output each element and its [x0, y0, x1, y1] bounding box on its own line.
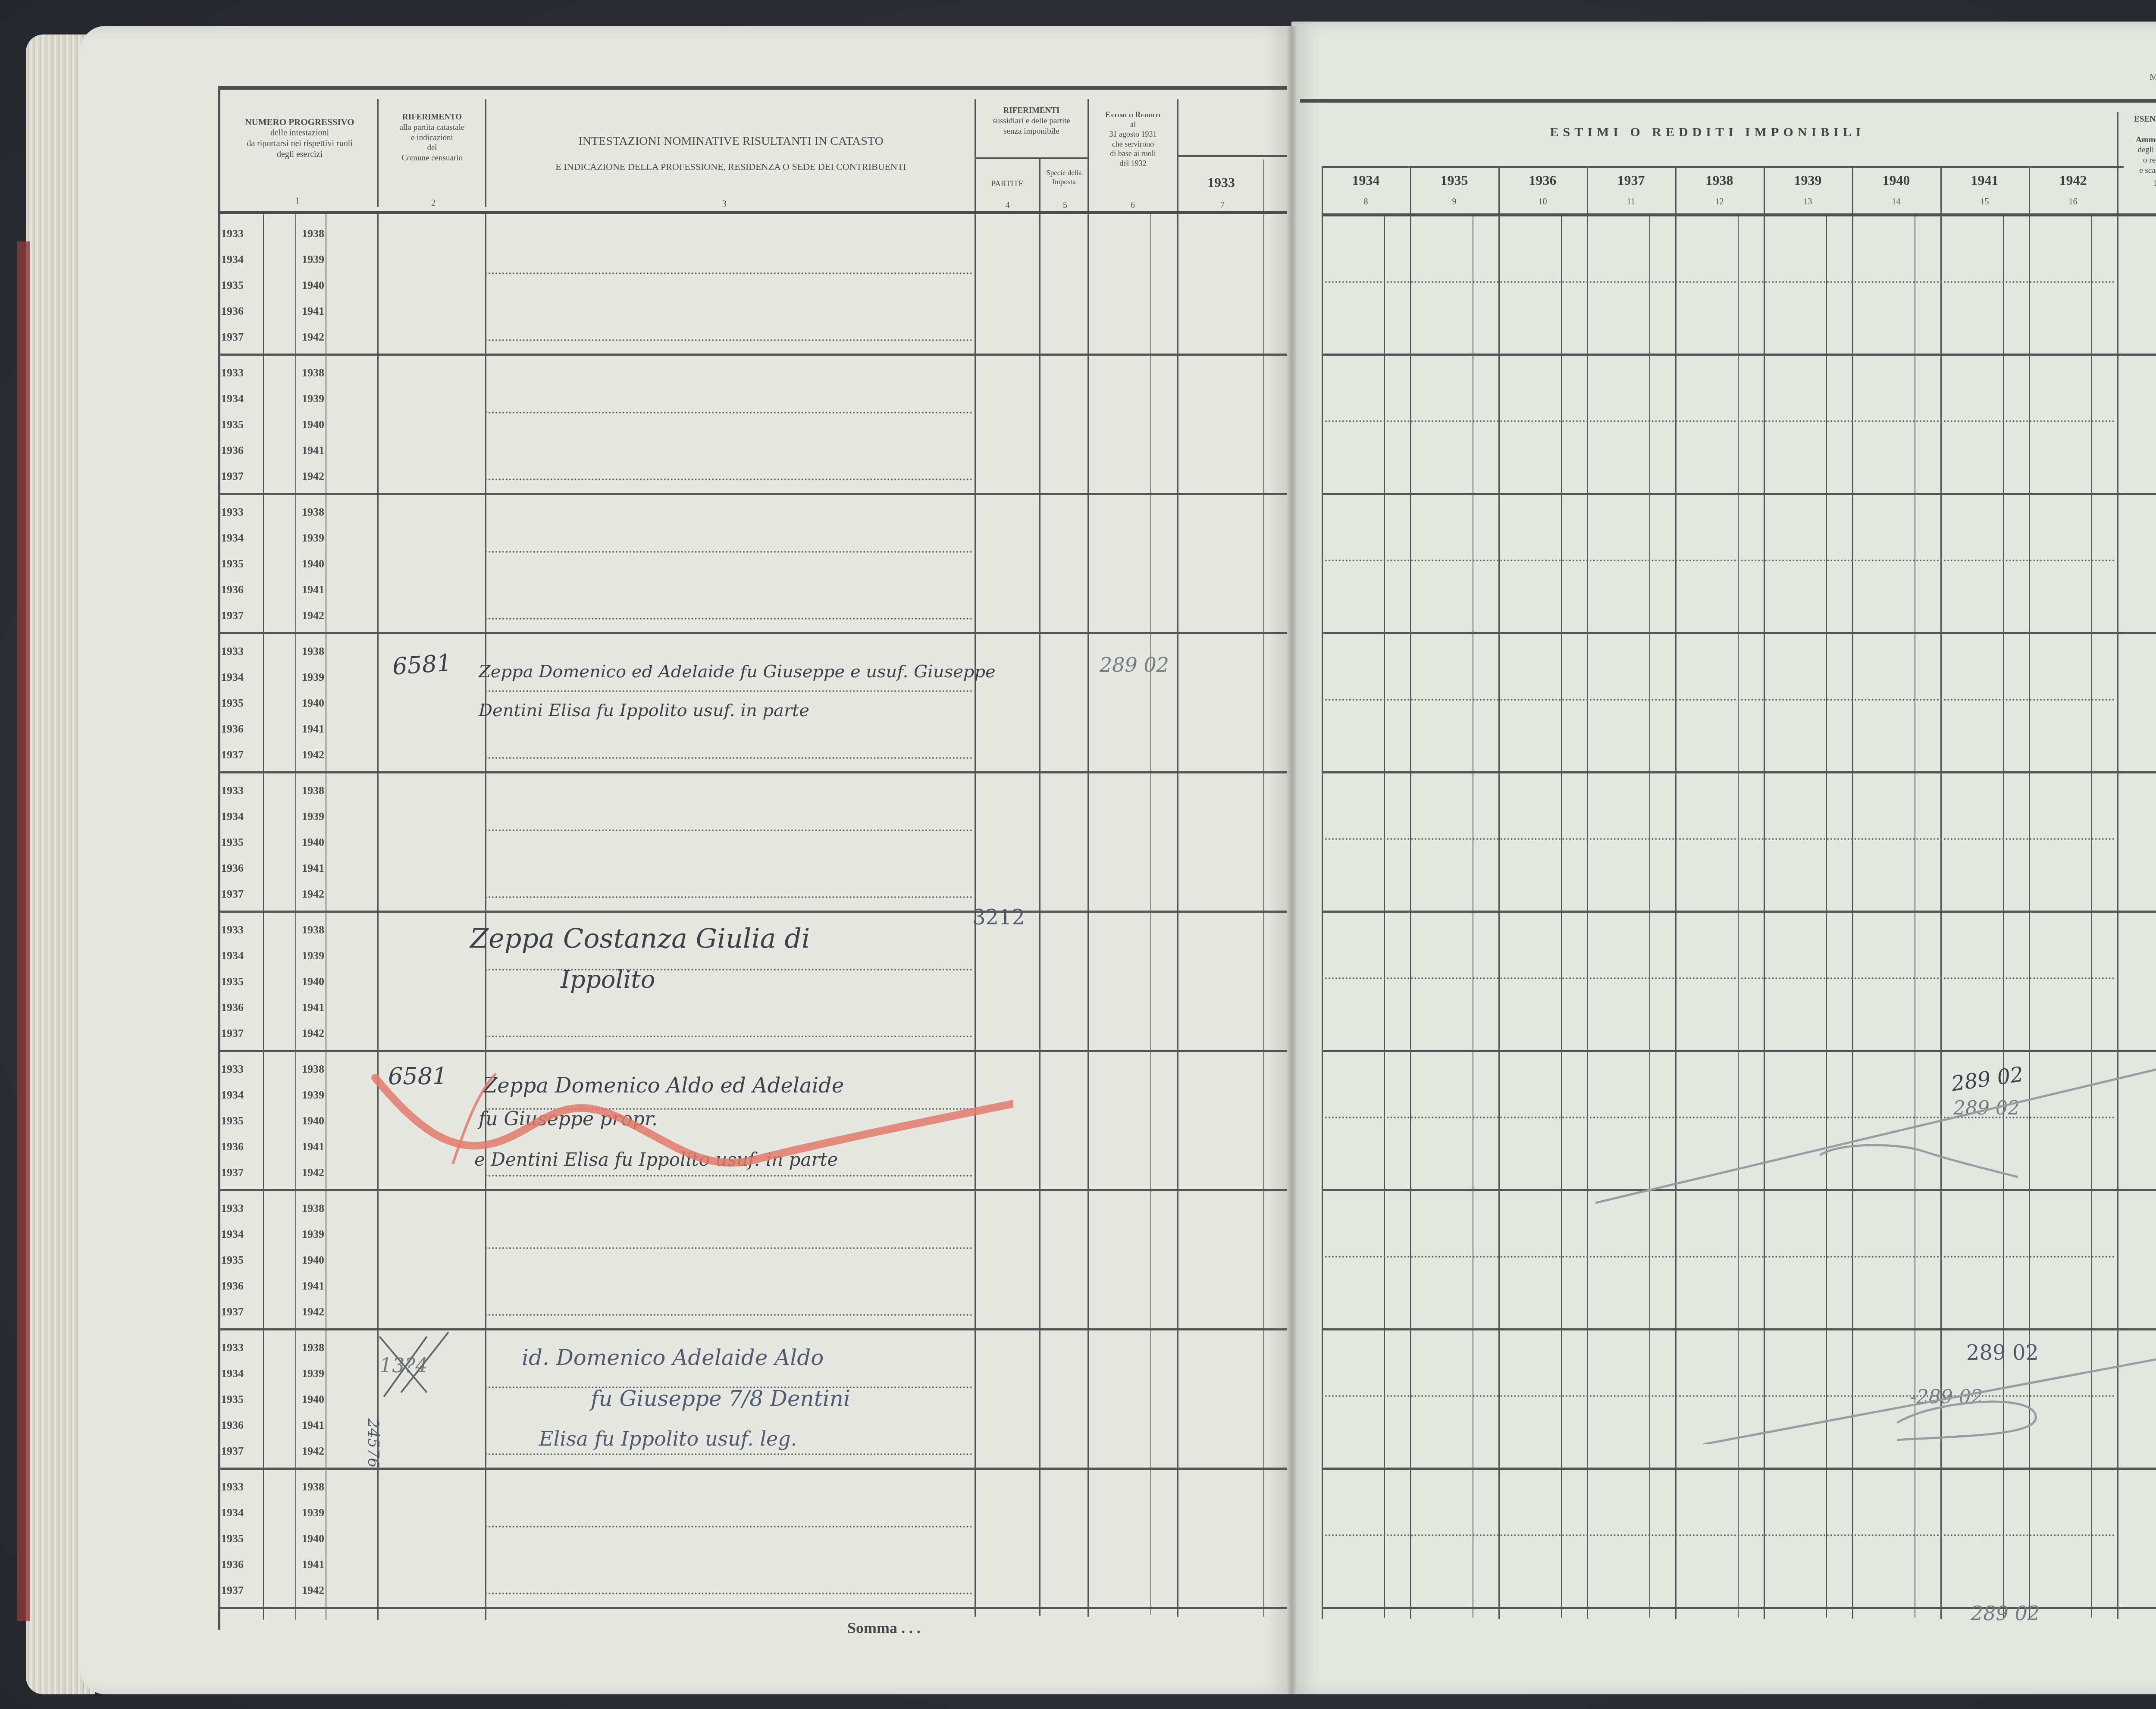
header-title: RIFERIMENTI: [975, 106, 1087, 116]
year-block: 1933 1938 1934 1939 1935 1940 1936 1941 …: [218, 1189, 377, 1328]
header-line: sussidiari e delle partite: [975, 116, 1087, 126]
column-number: 7: [1220, 200, 1225, 210]
year-label: 1940: [302, 557, 324, 570]
year-label: 1933: [221, 923, 244, 936]
year-column-header: 193913: [1764, 172, 1852, 207]
year-label: 1933: [221, 1063, 244, 1076]
year-label: 1939: [302, 532, 324, 545]
year-label: 1935: [221, 1393, 244, 1406]
year-label: 1941: [302, 862, 324, 875]
year-label: 1942: [302, 748, 324, 761]
header-line: 31 agosto 1931: [1089, 129, 1177, 139]
year-label: 1939: [302, 1228, 324, 1241]
year-label: 1935: [221, 697, 244, 710]
partita-ref-entry-4: 6581: [392, 649, 452, 680]
year-label: 1941: [302, 1140, 324, 1153]
year-label: 1939: [302, 1089, 324, 1102]
column-number: 9: [1410, 197, 1498, 207]
book-gutter: [1287, 26, 1297, 1694]
year-label: 1942: [302, 331, 324, 344]
form-id: Mod. 111 - Imposte Dirette (Intercalare)…: [2150, 71, 2156, 82]
year-label: 1938: [302, 1481, 324, 1493]
header-dash: —: [2118, 125, 2156, 135]
year-label: 1942: [302, 1166, 324, 1179]
header-line: delle intestazioni: [220, 128, 379, 138]
column-number: 15: [1940, 197, 2029, 207]
year-label: 1941: [302, 1001, 324, 1014]
year-label: 1938: [302, 923, 324, 936]
year-label: 1937: [221, 748, 244, 761]
year-label: 1937: [221, 470, 244, 483]
year-label: 1936: [221, 1140, 244, 1153]
year-label: 1938: [302, 366, 324, 379]
year-label: 1942: [302, 609, 324, 622]
year-label: 1933: [221, 506, 244, 519]
year-label: 1940: [302, 836, 324, 849]
estimo-1931-entry-4: 289 02: [1100, 653, 1169, 676]
year-label: 1933: [221, 1202, 244, 1215]
year-label: 1936: [1498, 172, 1587, 188]
somma-1941-value: 289 02: [1971, 1602, 2040, 1625]
year-label: 1942: [302, 470, 324, 483]
year-label: 1940: [302, 279, 324, 292]
year-column-header: 193610: [1498, 172, 1587, 207]
year-block: 1933 1938 1934 1939 1935 1940 1936 1941 …: [218, 354, 377, 493]
header-title: NUMERO PROGRESSIVO: [220, 116, 379, 128]
year-label: 1935: [221, 1254, 244, 1267]
year-block: 1933 1938 1934 1939 1935 1940 1936 1941 …: [218, 911, 377, 1050]
year-label: 1936: [221, 1280, 244, 1293]
year-block: 1933 1938 1934 1939 1935 1940 1936 1941 …: [218, 771, 377, 911]
year-column-header: 19359: [1410, 172, 1498, 207]
header-line: alla partita catastale: [378, 122, 486, 133]
year-label: 1934: [221, 253, 244, 266]
header-title: INTESTAZIONI NOMINATIVE RISULTANTI IN CA…: [487, 134, 975, 149]
year-label: 1936: [221, 1558, 244, 1571]
year-label: 1934: [221, 1506, 244, 1519]
year-column-header: 194216: [2029, 172, 2117, 207]
year-label: 1934: [221, 392, 244, 405]
year-column-header: 194014: [1852, 172, 1940, 207]
red-strikethrough: [367, 1065, 1013, 1194]
year-label: 1934: [221, 1367, 244, 1380]
year-label: 1937: [221, 331, 244, 344]
year-label: 1936: [221, 444, 244, 457]
header-line: degli estimi: [2118, 145, 2156, 155]
header-line: di base ai ruoli: [1089, 149, 1177, 159]
year-block: 1933 1938 1934 1939 1935 1940 1936 1941 …: [218, 1050, 377, 1189]
header-partite: PARTITE: [975, 179, 1039, 189]
year-label: 1939: [1764, 172, 1852, 188]
year-block: 1933 1938 1934 1939 1935 1940 1936 1941 …: [218, 493, 377, 632]
year-label: 1939: [302, 671, 324, 684]
year-label: 1934: [221, 1089, 244, 1102]
year-label: 1939: [302, 253, 324, 266]
year-label: 1940: [302, 1532, 324, 1545]
year-label: 1933: [221, 1481, 244, 1493]
year-label: 1935: [221, 1114, 244, 1127]
header-line: del 1932: [1089, 159, 1177, 169]
year-label: 1936: [221, 723, 244, 736]
header-line: o redditi: [2118, 155, 2156, 166]
year-label: 1940: [302, 975, 324, 988]
year-block: 1933 1938 1934 1939 1935 1940 1936 1941 …: [218, 632, 377, 771]
year-label: 1934: [1322, 172, 1410, 188]
year-label: 1939: [302, 949, 324, 962]
year-label: 1935: [221, 418, 244, 431]
column-number: 17: [2118, 178, 2156, 188]
header-numero-progressivo: NUMERO PROGRESSIVO delle intestazioni da…: [220, 116, 379, 160]
year-label: 1938: [302, 1202, 324, 1215]
year-label: 1938: [1675, 172, 1764, 188]
year-label: 1935: [221, 836, 244, 849]
year-label: 1934: [221, 949, 244, 962]
header-estimi-1931: Estimi o Redditi al 31 agosto 1931 che s…: [1089, 110, 1177, 168]
column-number: 11: [1587, 197, 1675, 207]
partite-entry-6: 3212: [972, 905, 1025, 930]
header-year-1933: 1933: [1178, 175, 1264, 191]
year-label: 1933: [221, 1341, 244, 1354]
year-label: 1935: [1410, 172, 1498, 188]
header-line: Estimi o Redditi: [1089, 110, 1177, 120]
column-number: 10: [1498, 197, 1587, 207]
year-label: 1937: [1587, 172, 1675, 188]
year-label: 1935: [221, 557, 244, 570]
year-label: 1937: [221, 1584, 244, 1597]
year-label: 1940: [302, 1393, 324, 1406]
header-line: e indicazioni: [378, 133, 486, 143]
year-label: 1941: [302, 1558, 324, 1571]
year-label: 1942: [2029, 172, 2117, 188]
year-label: 1933: [221, 784, 244, 797]
header-line: Ammontare: [2118, 135, 2156, 145]
year-label: 1938: [302, 506, 324, 519]
spine-edge: [17, 241, 30, 1621]
somma-label: Somma . . .: [847, 1619, 921, 1637]
year-label: 1937: [221, 1166, 244, 1179]
header-line: che servirono: [1089, 139, 1177, 149]
column-number: 1: [295, 196, 300, 206]
year-label: 1940: [302, 697, 324, 710]
column-number: 4: [1006, 200, 1010, 210]
year-column-header: 194115: [1940, 172, 2029, 207]
header-title: ESENZIONI: [2118, 114, 2156, 125]
year-block: 1933 1938 1934 1939 1935 1940 1936 1941 …: [218, 1468, 377, 1607]
header-line: senza imponibile: [975, 126, 1087, 137]
year-label: 1942: [302, 1445, 324, 1458]
header-line: del: [378, 143, 486, 153]
column-number: 13: [1764, 197, 1852, 207]
year-label: 1936: [221, 1001, 244, 1014]
year-label: 1941: [302, 305, 324, 318]
header-esenzioni: ESENZIONI — Ammontare degli estimi o red…: [2118, 114, 2156, 188]
name-entry-4-line-1: Zeppa Domenico ed Adelaide fu Giuseppe e…: [479, 662, 996, 682]
column-number: 5: [1063, 200, 1067, 210]
year-label: 1937: [221, 1445, 244, 1458]
year-label: 1936: [221, 862, 244, 875]
cross-out-mark: [375, 1328, 453, 1397]
year-label: 1934: [221, 671, 244, 684]
side-note-entry-9: 24576: [364, 1418, 382, 1468]
column-number: 8: [1322, 197, 1410, 207]
year-label: 1941: [302, 444, 324, 457]
year-label: 1935: [221, 975, 244, 988]
name-entry-9-line-1: id. Domenico Adelaide Aldo: [522, 1345, 824, 1370]
header-intestazioni: INTESTAZIONI NOMINATIVE RISULTANTI IN CA…: [487, 134, 975, 173]
header-subtitle: E INDICAZIONE DELLA PROFESSIONE, RESIDEN…: [487, 161, 975, 173]
year-label: 1938: [302, 645, 324, 658]
year-label: 1942: [302, 1584, 324, 1597]
year-column-header: 193812: [1675, 172, 1764, 207]
name-entry-6-line-2: Ippolito: [561, 966, 655, 994]
year-label: 1938: [302, 227, 324, 240]
year-label: 1938: [302, 784, 324, 797]
year-label: 1941: [302, 583, 324, 596]
name-entry-9-line-2: fu Giuseppe 7/8 Dentini: [591, 1386, 850, 1411]
year-label: 1939: [302, 392, 324, 405]
year-label: 1935: [221, 1532, 244, 1545]
estimi-group-title: ESTIMI O REDDITI IMPONIBILI: [1300, 125, 2115, 140]
year-label: 1941: [302, 723, 324, 736]
name-entry-4-line-2: Dentini Elisa fu Ippolito usuf. in parte: [479, 701, 809, 720]
year-block: 1933 1938 1934 1939 1935 1940 1936 1941 …: [218, 214, 377, 354]
year-label: 1936: [221, 583, 244, 596]
header-line: al: [1089, 120, 1177, 130]
year-label: 1939: [302, 1506, 324, 1519]
year-label: 1942: [302, 1027, 324, 1040]
year-label: 1939: [302, 810, 324, 823]
year-block: 1933 1938 1934 1939 1935 1940 1936 1941 …: [218, 1328, 377, 1468]
header-riferimento: RIFERIMENTO alla partita catastale e ind…: [378, 112, 486, 163]
year-column-header: 19348: [1322, 172, 1410, 207]
header-title: RIFERIMENTO: [378, 112, 486, 122]
year-label: 1941: [302, 1280, 324, 1293]
year-label: 1934: [221, 1228, 244, 1241]
column-number: 14: [1852, 197, 1940, 207]
year-label: 1934: [221, 532, 244, 545]
column-number: 12: [1675, 197, 1764, 207]
pencil-diagonal-strokes: [1595, 1013, 2156, 1444]
year-label: 1937: [221, 888, 244, 901]
year-label: 1934: [221, 810, 244, 823]
header-riferimenti-sussidiari: RIFERIMENTI sussidiari e delle partite s…: [975, 106, 1087, 136]
year-label: 1936: [221, 305, 244, 318]
year-label: 1933: [221, 366, 244, 379]
column-number: 16: [2029, 197, 2117, 207]
year-label: 1933: [221, 227, 244, 240]
header-specie-imposta: Specie della Imposta: [1041, 168, 1087, 187]
year-label: 1942: [302, 1305, 324, 1318]
year-label: 1940: [1852, 172, 1940, 188]
year-label: 1940: [302, 418, 324, 431]
year-label: 1938: [302, 1063, 324, 1076]
header-line: degli esercizi: [220, 149, 379, 160]
year-label: 1939: [302, 1367, 324, 1380]
column-number: 6: [1131, 200, 1135, 210]
header-line: e scadenze: [2118, 166, 2156, 176]
header-line: Comune censuario: [378, 153, 486, 163]
year-label: 1937: [221, 1305, 244, 1318]
year-label: 1941: [1940, 172, 2029, 188]
year-label: 1938: [302, 1341, 324, 1354]
year-label: 1936: [221, 1419, 244, 1432]
year-label: 1940: [302, 1114, 324, 1127]
year-column-header: 193711: [1587, 172, 1675, 207]
header-line: da riportarsi nei rispettivi ruoli: [220, 138, 379, 149]
year-label: 1940: [302, 1254, 324, 1267]
year-label: 1937: [221, 609, 244, 622]
year-label: 1937: [221, 1027, 244, 1040]
year-label: 1942: [302, 888, 324, 901]
column-number: 3: [722, 199, 727, 209]
year-label: 1935: [221, 279, 244, 292]
name-entry-6-line-1: Zeppa Costanza Giulia di: [470, 923, 810, 954]
year-label: 1941: [302, 1419, 324, 1432]
column-number: 2: [431, 198, 436, 208]
year-label: 1933: [221, 645, 244, 658]
name-entry-9-line-3: Elisa fu Ippolito usuf. leg.: [539, 1427, 797, 1450]
